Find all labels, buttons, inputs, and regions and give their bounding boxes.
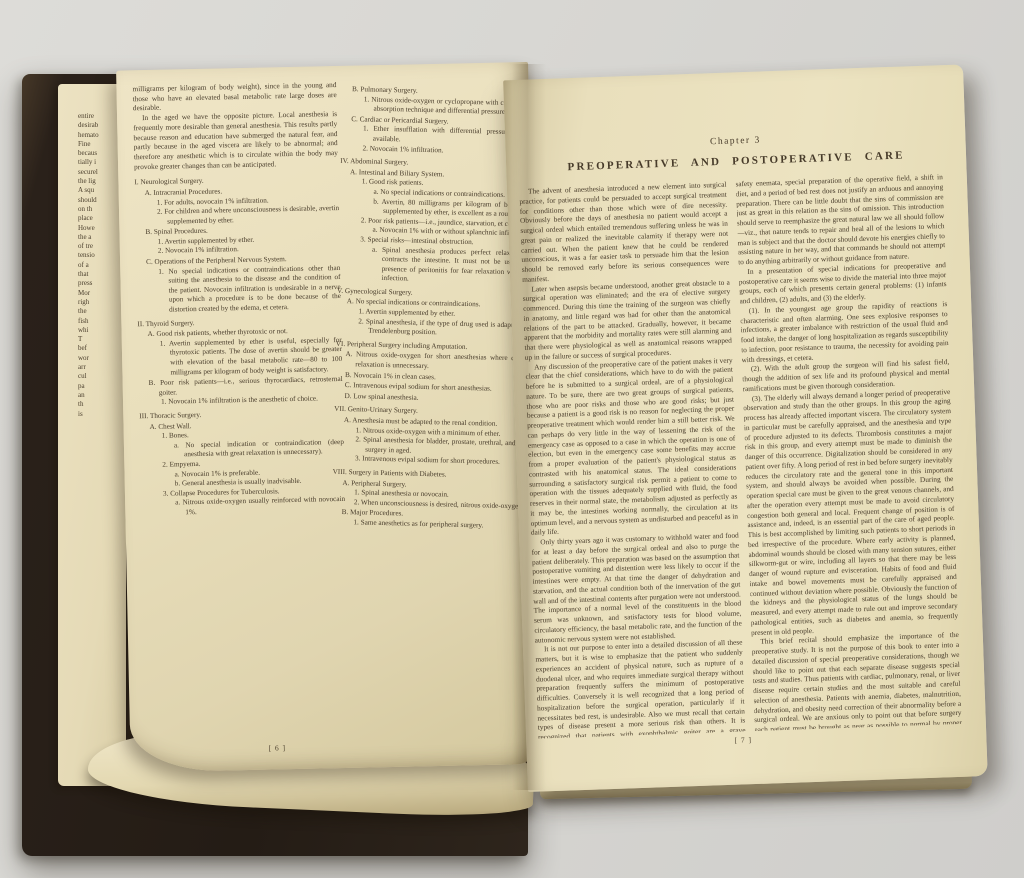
paragraph: In the aged we have the opposite picture… — [133, 109, 338, 171]
paragraph: safety enemata, special preparation of t… — [735, 172, 945, 267]
paragraph: (1). In the youngest age group the rapid… — [740, 299, 949, 365]
paragraph: The advent of anesthesia introduced a ne… — [519, 180, 730, 285]
outline-item: a. Nitrous oxide-oxygen usually reinforc… — [175, 495, 345, 518]
text-fragment: T — [78, 335, 126, 344]
text-fragment: is — [78, 410, 126, 419]
outline-column-1: I. Neurological Surgery.A. Intracranial … — [134, 174, 345, 518]
left-page-number: [ 6 ] — [247, 743, 307, 753]
outline-item: 1. Avertin supplemented by ether is usef… — [160, 336, 343, 378]
paragraph: Only thirty years ago it was customary t… — [531, 530, 742, 644]
paragraph: milligrams per kilogram of body weight),… — [132, 80, 337, 113]
text-fragment: tensio — [78, 251, 126, 260]
text-fragment: pa — [78, 382, 126, 391]
paragraph: Later when asepsis became understood, an… — [522, 277, 732, 362]
outline-item: 2. For children and where unconsciousnes… — [157, 204, 339, 227]
paragraph: It is not our purpose to enter into a de… — [535, 638, 746, 739]
right-page-column-2: safety enemata, special preparation of t… — [735, 172, 962, 731]
paragraph: (3). The elderly will always demand a lo… — [743, 387, 959, 638]
text-fragment: an — [78, 391, 126, 400]
outline-item: 1. No special indications or contraindic… — [158, 264, 341, 316]
paragraph: Any discussion of the preoperative care … — [525, 355, 738, 538]
right-page-columns: The advent of anesthesia introduced a ne… — [506, 159, 985, 739]
right-page-column-1: The advent of anesthesia introduced a ne… — [519, 180, 746, 739]
text-fragment: th — [78, 400, 126, 409]
text-fragment: arr — [78, 363, 126, 372]
paragraph: This brief recital should emphasize the … — [751, 630, 962, 731]
text-fragment: Mor — [78, 289, 126, 298]
text-fragment: whi — [78, 326, 126, 335]
left-page-column-1: milligrams per kilogram of body weight),… — [132, 80, 350, 734]
text-fragment: of a — [78, 261, 126, 270]
right-page: Chapter 3 PREOPERATIVE AND POSTOPERATIVE… — [503, 64, 988, 792]
text-fragment: wor — [78, 354, 126, 363]
intro-text: milligrams per kilogram of body weight),… — [132, 80, 338, 172]
text-fragment: fish — [78, 317, 126, 326]
left-page: milligrams per kilogram of body weight),… — [116, 62, 543, 772]
under-page: entiredesirabhematoFinebecaustially isec… — [58, 84, 126, 786]
text-fragment: cul — [78, 372, 126, 381]
text-fragment: righ — [78, 298, 126, 307]
text-fragment: that — [78, 270, 126, 279]
text-fragment: press — [78, 279, 126, 288]
outline-item: a. No special indication or contraindica… — [174, 438, 344, 461]
text-fragment: bef — [78, 344, 126, 353]
text-fragment: the — [78, 307, 126, 316]
book-photo: entiredesirabhematoFinebecaustially isec… — [0, 0, 1024, 878]
